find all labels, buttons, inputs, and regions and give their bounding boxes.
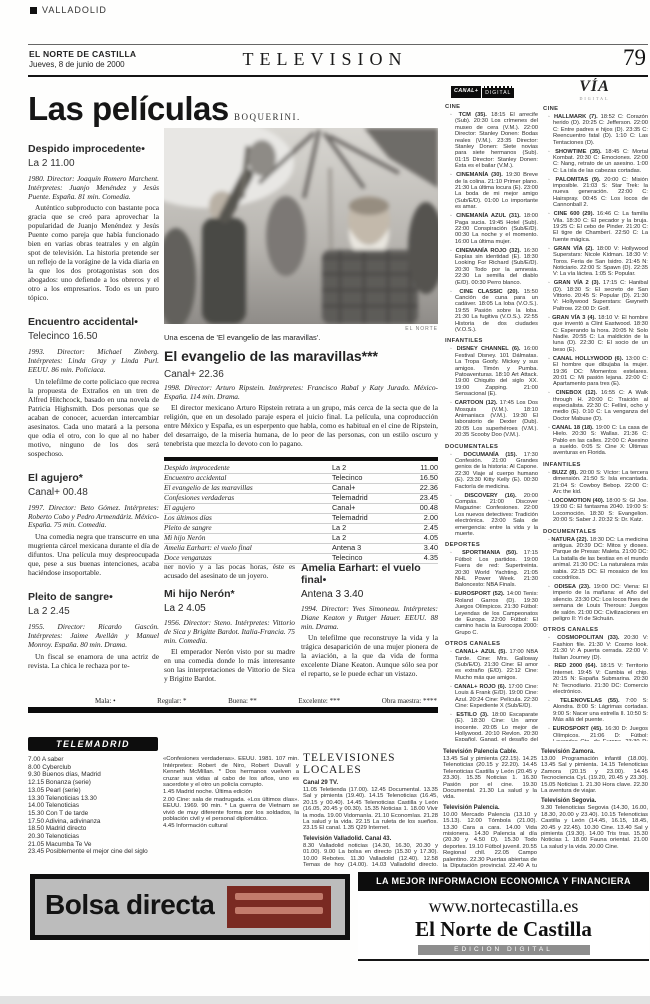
channel-name: HALLMARK (7).: [554, 114, 601, 120]
film-credits: 1997. Director: Beto Gómez. Intérpretes:…: [28, 504, 159, 530]
ad-edition-label: EDICION DIGITAL: [418, 945, 590, 955]
section-header: INFANTILES: [445, 338, 538, 344]
table-row: El agujero Canal+ 00.48: [164, 504, 438, 514]
film-title: Mi hijo Nerón*: [164, 588, 295, 600]
listing-entry: TELENOVELAS (55). 7:00 S: Alondra. 8:00 …: [548, 698, 648, 724]
ad-brand-logo: El Norte de Castilla: [358, 917, 649, 942]
review-continuation: ner novio y a las pocas horas, éste es a…: [164, 562, 295, 580]
program-item: 18.50 Madrid directo: [28, 825, 160, 832]
channel-name: EUROSPORT (45).: [553, 726, 605, 732]
photo-credit: EL NORTE: [164, 326, 438, 332]
section-header: OTROS CANALES: [445, 641, 538, 647]
listing-entry: EUROSPORT (45). 16:30 D: Juegos Olímpico…: [548, 726, 648, 741]
program-time: 7.00: [28, 756, 42, 763]
feature-title: El evangelio de las maravillas***: [164, 348, 378, 364]
channel-name: CINE 600 (29).: [554, 211, 597, 217]
channel-programs: 17:30 Confesión. 21:00 Grandes genios de…: [455, 452, 538, 490]
table-top-rule: [164, 457, 438, 461]
program-item: «Confesiones verdaderas». EEUU. 1981. 10…: [163, 756, 299, 789]
section-header: INFANTILES: [543, 462, 648, 468]
review-continuation-column: ner novio y a las pocas horas, éste es a…: [164, 562, 295, 696]
table-film-channel: La 2: [332, 534, 398, 543]
listing-entry: BUZZ (8). 20:00 S: Víctor: La tercera di…: [548, 470, 648, 496]
program-time: 8.00: [28, 764, 42, 771]
telemadrid-listing: 7.00 A saber8.00 Cyberclub9.30 Buenos dí…: [28, 756, 160, 866]
channel-name: GRAN VÍA 2 (3).: [554, 280, 603, 286]
program-title: Buenos días, Madrid: [42, 771, 101, 778]
canal-digital-column: CANAL+ DIGITAL CINE TCM (35). 18:15 El a…: [443, 86, 538, 741]
program-item: 8.00 Cyberclub: [28, 764, 160, 771]
table-row: El evangelio de las maravillas Canal+ 22…: [164, 484, 438, 494]
program-title: Macumba Te Ve: [46, 841, 92, 848]
channel-name: TELENOVELAS (55).: [560, 698, 626, 704]
listing-entry: CANAL+ ROJO (6). 17:00 Cine: Louis & Fra…: [450, 684, 538, 710]
table-film-time: 3.40: [398, 544, 438, 553]
ratings-legend: Mala: •Regular: *Buena: **Excelente: ***…: [95, 697, 437, 705]
listing-entry: DISCOVERY (16). 20:00 Compás. 21:00 Disc…: [450, 493, 538, 538]
channel-name: CANAL+ ROJO (6).: [454, 684, 508, 690]
scan-edge-artifact: [0, 996, 650, 1004]
channel-programs: 18:30 DC: La medicina antigua. 20:39 DC:…: [553, 537, 648, 581]
amelia-column: Amelia Earhart: el vuelo final• Antena 3…: [301, 562, 438, 696]
local-channel-name: Televisión Zamora.: [541, 749, 648, 755]
channel-name: COSMOPOLITAN (33).: [557, 635, 624, 641]
page-headline: Las películas: [28, 90, 229, 128]
listing-entry: COSMOPOLITAN (33). 20:30 V: Fashion file…: [548, 635, 648, 661]
legend-item: Obra maestra: ****: [382, 697, 437, 705]
channel-name: PALOMITAS (9).: [556, 177, 605, 183]
film-review-text: El emperador Nerón visto por su madre en…: [164, 647, 295, 683]
section-title: TELEVISION: [0, 49, 650, 70]
local-channel-name: Televisión Valladolid. Canal 43.: [303, 836, 438, 842]
film-channel-time: La 2 11.00: [28, 158, 159, 169]
channel-programs: 15:50 Canción de cuna para un cadáver. 1…: [455, 289, 538, 333]
listing-entry: CARTOON (12). 17:45 Los Dos Mosquis (V.M…: [450, 400, 538, 438]
film-credits: 1994. Director: Yves Simoneau. Intérpret…: [301, 605, 438, 631]
film-title: Pleito de sangre•: [28, 591, 159, 603]
channel-name: GRAN VÍA 3 (4).: [552, 315, 598, 321]
film-credits: 1955. Director: Ricardo Gascón. Intérpre…: [28, 623, 159, 649]
table-film-title: El agujero: [164, 504, 332, 513]
channel-name: CINE CLASSIC (20).: [459, 289, 523, 295]
ad-phone-box: [227, 886, 331, 928]
header-rule-bottom: [28, 75, 648, 77]
program-time: 18.50: [28, 825, 46, 832]
table-row: Despido improcedente La 2 11.00: [164, 464, 438, 474]
section-header: DOCUMENTALES: [543, 529, 648, 535]
table-film-title: Pleito de sangre: [164, 524, 332, 533]
program-time: 2.00: [163, 797, 177, 803]
program-title: Telenoticias: [46, 833, 79, 840]
program-item: 2.00 Cine: sala de madrugada. «Los últim…: [163, 797, 299, 823]
program-title: Cine: sala de madrugada. «Los últimos dí…: [163, 797, 299, 823]
televisiones-locales-column: TELEVISIONES LOCALES Canal 29 TV. 11.05 …: [303, 752, 438, 868]
film-review-text: Un telefilme que reconstruye la vida y l…: [301, 633, 438, 678]
byline: BOQUERINI.: [234, 112, 301, 122]
channel-name: DOCUMANÍA (15).: [463, 452, 523, 458]
channel-name: ODISEA (23).: [554, 584, 593, 590]
program-time: 13.30: [28, 795, 46, 802]
local-channel-name: Televisión Palencia.: [443, 805, 537, 811]
channel-programs: 16:30 Espías sin identidad (E). 18:30 Lo…: [455, 248, 538, 286]
table-film-title: Confesiones verdaderas: [164, 494, 332, 503]
photo-caption: Una escena de 'El evangelio de las marav…: [164, 333, 438, 342]
table-row: Mi hijo Nerón La 2 4.05: [164, 534, 438, 544]
listing-entry: CANAL 18 (18). 19:00 C: La casa de Hielo…: [548, 425, 648, 457]
program-title: «Confesiones verdaderas». EEUU. 1981. 10…: [163, 756, 299, 788]
header-rule-top: [28, 44, 648, 45]
listing-entry: EUROSPORT (52). 14:00 Tenis: Roland Garr…: [450, 591, 538, 636]
program-time: 13.05: [28, 787, 46, 794]
listing-entry: HALLMARK (7). 18:52 C: Corazón herido (D…: [548, 114, 648, 146]
channel-name: RED 2000 (64).: [554, 663, 600, 669]
listing-entry: CINE CLASSIC (20). 15:50 Canción de cuna…: [450, 289, 538, 334]
program-item: 9.30 Buenos días, Madrid: [28, 771, 160, 778]
channel-name: EUROSPORT (52).: [455, 591, 507, 597]
table-film-time: 2.00: [398, 514, 438, 523]
listing-entry: CANAL HOLLYWOOD (6). 13:00 C: El hombre …: [548, 356, 648, 388]
channel-name: CINEMANÍA AZUL (31).: [456, 213, 524, 219]
film-review-text: Un fiscal se enamora de una actriz de re…: [28, 652, 159, 670]
channel-programs: 16:00 Festival Disney. 101 Dálmatas. La …: [455, 346, 538, 397]
channel-name: NATURA (22).: [551, 537, 589, 543]
table-film-channel: Telecinco: [332, 474, 398, 483]
film-title: Encuentro accidental•: [28, 316, 159, 328]
listing-entry: GRAN VÍA 2 (3). 17:15 C: Hanibal (D). 18…: [548, 280, 648, 312]
program-item: 20.30 Telenoticias: [28, 833, 160, 840]
film-review: Encuentro accidental• Telecinco 16.50 19…: [28, 316, 159, 457]
telemadrid-logo: TELEMADRID: [28, 737, 158, 751]
channel-name: LOCOMOTION (40).: [552, 498, 607, 504]
program-title: Posiblemente el mejor cine del siglo: [46, 848, 148, 855]
channel-programs: 14:00 Tenis: Roland Garros (D). 19:30 Ju…: [455, 591, 538, 635]
page-number: 79: [623, 45, 646, 71]
table-row: Los últimos días Telemadrid 2.00: [164, 514, 438, 524]
film-title: Despido improcedente•: [28, 143, 159, 155]
table-row: Amelia Earhart: el vuelo final Antena 3 …: [164, 544, 438, 554]
local-channel-name: Canal 29 TV.: [303, 780, 438, 786]
table-film-time: 16.50: [398, 474, 438, 483]
film-review-text: Una comedia negra que transcurre en una …: [28, 532, 159, 577]
film-credits: 1980. Director: Joaquín Romero Marchent.…: [28, 175, 159, 201]
table-film-time: 2.45: [398, 524, 438, 533]
local-channel-programs: 13.45 Sal y pimienta (22.15). 14.25 Tele…: [443, 756, 537, 801]
program-time: 14.00: [28, 802, 46, 809]
program-item: 13.05 Pearl (serie): [28, 787, 160, 794]
via-logo-text: VÍA: [579, 78, 610, 95]
program-title: Bonanza (serie): [46, 779, 91, 786]
film-channel-time: La 2 4.05: [164, 603, 295, 614]
table-film-channel: La 2: [332, 524, 398, 533]
local-channel-programs: 10.00 Mercado Palencia (13.10 y 15.13). …: [443, 812, 537, 869]
listing-entry: ODISEA (23). 19:00 DC: Viena: El imperio…: [548, 584, 648, 622]
table-film-channel: Canal+: [332, 484, 398, 493]
listing-entry: PALOMITAS (9). 20:00 C: Misión imposible…: [548, 177, 648, 209]
film-credits: 1993. Director: Michael Zinberg. Intérpr…: [28, 348, 159, 374]
table-film-title: Los últimos días: [164, 514, 332, 523]
listing-entry: DISNEY CHANNEL (6). 16:00 Festival Disne…: [450, 346, 538, 397]
table-film-title: Despido improcedente: [164, 464, 332, 473]
program-time: 9.30: [28, 771, 42, 778]
program-item: 7.00 A saber: [28, 756, 160, 763]
table-row: Encuentro accidental Telecinco 16.50: [164, 474, 438, 484]
program-time: 21.05: [28, 841, 46, 848]
section-header: CINE: [543, 106, 648, 112]
program-time: 20.30: [28, 833, 46, 840]
canal-logo-text: CANAL+: [451, 86, 481, 98]
channel-name: DISNEY CHANNEL (6).: [457, 346, 524, 352]
legend-item: Regular: *: [157, 697, 186, 705]
film-channel-time: La 2 2.45: [28, 606, 159, 617]
table-film-title: Encuentro accidental: [164, 474, 332, 483]
locales-header: TELEVISIONES LOCALES: [303, 752, 438, 776]
listing-entry: GRAN VÍA 3 (4). 18:10 V: El hombre que i…: [548, 315, 648, 353]
listing-entry: LOCOMOTION (40). 18:00 S: GI Joe. 19:00 …: [548, 498, 648, 524]
program-title: Madrid noche. Última edición: [176, 789, 252, 795]
channel-programs: 18:10 V: El hombre que inventó a Clint E…: [553, 315, 648, 353]
table-row: Confesiones verdaderas Telemadrid 23.45: [164, 494, 438, 504]
channel-name: CINEBOX (12).: [556, 390, 601, 396]
film-review: El agujero* Canal+ 00.48 1997. Director:…: [28, 472, 159, 577]
local-channel-programs: 8.30 Valladolid noticias (14.30, 16.30, …: [303, 843, 438, 868]
ad-slogan-bar: LA MEJOR INFORMACION ECONOMICA Y FINANCI…: [358, 872, 649, 891]
program-title: A saber: [42, 756, 64, 763]
program-title: Cyberclub: [42, 764, 71, 771]
local-channel-programs: 9.30 Telenoticias Segovia (14.30, 16.00,…: [541, 805, 648, 850]
film-credits: 1956. Director: Steno. Intérpretes: Vitt…: [164, 619, 295, 645]
legend-item: Mala: •: [95, 697, 116, 705]
program-time: 15.30: [28, 810, 46, 817]
program-item: 15.30 Con T de tarde: [28, 810, 160, 817]
listing-entry: CINEBOX (12). 16:55 C: A Walk through H.…: [548, 390, 648, 422]
listing-entry: TCM (35). 18:15 El arrecife (Sub). 20:30…: [450, 112, 538, 170]
canal-digital-logo: CANAL+ DIGITAL: [451, 86, 538, 98]
table-film-channel: Telemadrid: [332, 494, 398, 503]
channel-name: DISCOVERY (16).: [464, 493, 523, 499]
channel-name: GRAN VÍA (2).: [554, 246, 597, 252]
program-item: 4.45 Información cultural: [163, 823, 299, 830]
section-header: DEPORTES: [445, 542, 538, 548]
table-film-time: 23.45: [398, 494, 438, 503]
section-divider-bar: [28, 707, 438, 713]
region-marker-icon: [30, 7, 37, 14]
program-item: 21.05 Macumba Te Ve: [28, 841, 160, 848]
table-film-title: Amelia Earhart: el vuelo final: [164, 544, 332, 553]
channel-name: CANAL 18 (18).: [552, 425, 596, 431]
film-review: Pleito de sangre• La 2 2.45 1955. Direct…: [28, 591, 159, 669]
locales-zamora-segovia-column: Televisión Zamora. 13.00 Programación in…: [541, 745, 648, 869]
listing-entry: NATURA (22). 18:30 DC: La medicina antig…: [548, 537, 648, 582]
listing-entry: CANAL+ AZUL (5). 17:00 NBA Tarde. Cine: …: [450, 649, 538, 681]
listing-entry: RED 2000 (64). 18:15 V: Territorio Inter…: [548, 663, 648, 695]
program-time: 4.45: [163, 823, 176, 829]
listing-entry: CINEMANÍA ROJO (32). 16:30 Espías sin id…: [450, 248, 538, 286]
newspaper-page: VALLADOLID EL NORTE DE CASTILLA Jueves, …: [0, 0, 650, 1004]
program-item: 14.00 Telenoticias: [28, 802, 160, 809]
channel-programs: 20:00 Compás. 21:00 Discover Magazine: C…: [455, 493, 538, 537]
listing-entry: GRAN VÍA (2). 18:00 V: Hollywood Superst…: [548, 246, 648, 278]
program-item: 1.45 Madrid noche. Última edición: [163, 789, 299, 796]
program-time: 1.45: [163, 789, 176, 795]
program-title: Telenoticias 13.30: [46, 795, 97, 802]
channel-name: SPORTMANIA (50).: [462, 550, 524, 556]
program-title: Telenoticias: [46, 802, 79, 809]
table-film-time: 22.36: [398, 484, 438, 493]
listing-entry: CINEMANÍA (30). 19:30 Breve de la colina…: [450, 172, 538, 210]
channel-programs: 18:15 El arrecife (Sub). 20:30 Los críme…: [455, 112, 538, 169]
listing-entry: SHOWTIME (35). 18:45 C: Mortal Kombat. 2…: [548, 149, 648, 175]
film-review-text: Auténtico subproducto con bastante poca …: [28, 203, 159, 302]
via-digital-column: VÍA DIGITAL CINE HALLMARK (7). 18:52 C: …: [541, 78, 648, 741]
film-schedule-table: Despido improcedente La 2 11.00 Encuentr…: [164, 457, 438, 564]
locales-palencia-column: Televisión Palencia Cable. 13.45 Sal y p…: [443, 745, 537, 869]
region-label: VALLADOLID: [42, 5, 107, 15]
film-channel-time: Telecinco 16.50: [28, 331, 159, 342]
channel-name: CANAL+ AZUL (5).: [455, 649, 509, 655]
table-row: Pleito de sangre La 2 2.45: [164, 524, 438, 534]
program-time: 23.45: [28, 848, 46, 855]
film-review-text: Un telefilme de corte policiaco que recr…: [28, 377, 159, 458]
feature-credits: 1998. Director: Arturo Ripstein. Intérpr…: [164, 384, 438, 402]
channel-name: CINEMANÍA (30).: [456, 172, 506, 178]
program-title: Información cultural: [176, 823, 227, 829]
table-film-time: 00.48: [398, 504, 438, 513]
channel-programs: 17:45 Los Dos Mosquis (V.M.). 18:10 Anim…: [455, 400, 538, 438]
channel-name: CANAL HOLLYWOOD (6).: [553, 356, 626, 362]
listing-entry: CINE 600 (29). 16:46 C: La familia Vila.…: [548, 211, 648, 243]
legend-item: Excelente: ***: [298, 697, 340, 705]
telemadrid-listing-continued: «Confesiones verdaderas». EEUU. 1981. 10…: [163, 756, 299, 866]
program-time: 12.15: [28, 779, 46, 786]
film-channel-time: Canal+ 00.48: [28, 487, 159, 498]
film-title: Amelia Earhart: el vuelo final•: [301, 562, 438, 586]
program-item: 17.50 Adivina, adivinanza: [28, 818, 160, 825]
ad-title: Bolsa directa: [45, 889, 214, 921]
feature-review: El director mexicano Arturo Ripstein ret…: [164, 403, 438, 448]
local-channel-programs: 11.05 Teletienda (17.00). 12.45 Document…: [303, 787, 438, 832]
film-channel-time: Antena 3 3.40: [301, 589, 438, 600]
norte-castilla-ad: LA MEJOR INFORMACION ECONOMICA Y FINANCI…: [358, 872, 649, 961]
channel-programs: 17:15 Fútbol: Los partidos. 19:00 Fuera …: [455, 550, 538, 588]
channel-programs: 19:30 Breve de la colina. 21:10 Primer p…: [455, 172, 538, 210]
program-item: 23.45 Posiblemente el mejor cine del sig…: [28, 848, 160, 855]
via-logo-sub: DIGITAL: [541, 96, 648, 101]
listing-entry: SPORTMANIA (50). 17:15 Fútbol: Los parti…: [450, 550, 538, 588]
program-item: 13.30 Telenoticias 13.30: [28, 795, 160, 802]
channel-name: ESTILO (3).: [456, 712, 491, 718]
ad-fineprint-line: [235, 893, 323, 900]
channel-name: TCM (35).: [459, 112, 492, 118]
via-digital-logo: VÍA DIGITAL: [541, 78, 648, 101]
local-channel-programs: 13.00 Programación infantil (18.00). 13.…: [541, 756, 648, 794]
program-title: Adivina, adivinanza: [45, 818, 100, 825]
film-reviews-column: Despido improcedente• La 2 11.00 1980. D…: [28, 129, 159, 705]
legend-item: Buena: **: [228, 697, 257, 705]
table-film-channel: La 2: [332, 464, 398, 473]
table-film-channel: Antena 3: [332, 544, 398, 553]
listing-entry: DOCUMANÍA (15). 17:30 Confesión. 21:00 G…: [450, 452, 538, 490]
bolsa-directa-ad: Bolsa directa: [30, 874, 350, 940]
region-header: VALLADOLID: [30, 5, 107, 15]
section-header: DOCUMENTALES: [445, 444, 538, 450]
feature-photo: [164, 128, 438, 324]
ad-fineprint-line: [235, 907, 323, 914]
local-channel-name: Televisión Segovia.: [541, 798, 648, 804]
program-title: Madrid directo: [46, 825, 87, 832]
table-film-title: Mi hijo Nerón: [164, 534, 332, 543]
table-film-channel: Canal+: [332, 504, 398, 513]
listing-entry: ESTILO (3). 18:00 Escaparate (E). 18:30 …: [450, 712, 538, 741]
channel-name: SHOWTIME (35).: [555, 149, 605, 155]
ad-website-url: www.nortecastilla.es: [358, 896, 649, 917]
section-header: OTROS CANALES: [543, 627, 648, 633]
program-title: Con T de tarde: [46, 810, 88, 817]
program-time: 17.50: [28, 818, 45, 825]
film-review: Despido improcedente• La 2 11.00 1980. D…: [28, 143, 159, 302]
channel-name: BUZZ (8).: [552, 470, 580, 476]
digital-logo-text: DIGITAL: [482, 86, 514, 98]
channel-name: CARTOON (12).: [455, 400, 500, 406]
film-title: El agujero*: [28, 472, 159, 484]
table-film-time: 11.00: [398, 464, 438, 473]
local-channel-name: Televisión Palencia Cable.: [443, 749, 537, 755]
listing-entry: CINEMANÍA AZUL (31). 18:00 Paga sucia. 1…: [450, 213, 538, 245]
program-item: 12.15 Bonanza (serie): [28, 779, 160, 786]
table-film-channel: Telemadrid: [332, 514, 398, 523]
program-title: Pearl (serie): [46, 787, 81, 794]
section-header: CINE: [445, 104, 538, 110]
table-film-title: El evangelio de las maravillas: [164, 484, 332, 493]
table-film-time: 4.05: [398, 534, 438, 543]
channel-name: CINEMANÍA ROJO (32).: [456, 248, 524, 254]
feature-channel-time: Canal+ 22.36: [164, 369, 224, 380]
channel-programs: 19:00 DC: Viena: El imperio de la mañana…: [553, 584, 648, 622]
